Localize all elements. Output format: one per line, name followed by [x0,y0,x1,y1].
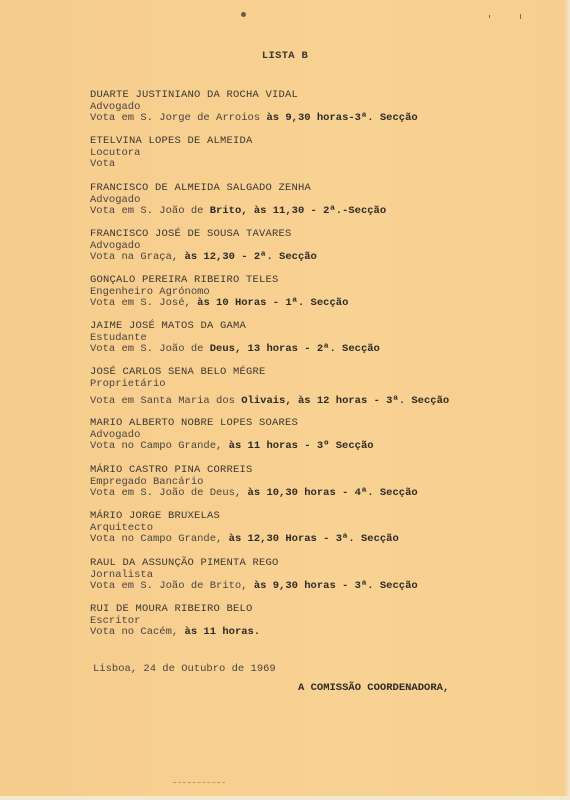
voting-place: Vota em S. João de Brito, [90,580,248,592]
voting-location: Vota na Graça, às 12,30 - 2ª. Secção [90,252,317,264]
candidate-profession: Proprietário [90,379,449,391]
candidate-entry: ETELVINA LOPES DE ALMEIDALocutoraVota [90,136,253,171]
candidate-entry: MARIO ALBERTO NOBRE LOPES SOARESAdvogado… [90,418,374,453]
candidate-entry: RAUL DA ASSUNÇÃO PIMENTA REGOJornalistaV… [90,558,418,593]
voting-time-section: às 10,30 horas - 4ª. Secção [248,487,418,499]
candidate-name: MÁRIO CASTRO PINA CORREIS [90,465,418,477]
voting-location: Vota no Campo Grande, às 11 horas - 3º S… [90,441,374,453]
candidate-name: GONÇALO PEREIRA RIBEIRO TELES [90,275,348,287]
candidate-entry: MÁRIO CASTRO PINA CORREISEmpregado Bancá… [90,465,418,500]
candidate-entry: RUI DE MOURA RIBEIRO BELOEscritorVota no… [90,604,260,639]
voting-place: Vota em Santa Maria dos [90,395,235,407]
voting-place: Vota no Campo Grande, [90,440,222,452]
candidate-name: JOSÉ CARLOS SENA BELO MÉGRE [90,367,449,379]
candidate-name: RUI DE MOURA RIBEIRO BELO [90,604,260,616]
candidate-name: MARIO ALBERTO NOBRE LOPES SOARES [90,418,374,430]
voting-time-section: Deus, 13 horas - 2ª. Secção [210,343,380,355]
voting-place: Vota no Cacém, [90,626,178,638]
candidate-entry: MÁRIO JORGE BRUXELASArquitectoVota no Ca… [90,511,399,546]
voting-time-section: às 10 Horas - 1ª. Secção [197,297,348,309]
ink-spot [241,12,246,17]
voting-location: Vota em S. João de Deus, 13 horas - 2ª. … [90,344,380,356]
candidate-name: RAUL DA ASSUNÇÃO PIMENTA REGO [90,558,418,570]
candidate-entry: DUARTE JUSTINIANO DA ROCHA VIDALAdvogado… [90,90,418,125]
candidate-entry: GONÇALO PEREIRA RIBEIRO TELESEngenheiro … [90,275,348,310]
candidate-entry: FRANCISCO DE ALMEIDA SALGADO ZENHAAdvoga… [90,183,386,218]
place-date: Lisboa, 24 de Outubro de 1969 [93,663,276,675]
voting-location: Vota em S. João de Brito, às 11,30 - 2ª.… [90,206,386,218]
margin-mark [489,15,490,18]
voting-time-section: às 12,30 Horas - 3ª. Secção [229,533,399,545]
voting-place: Vota na Graça, [90,251,178,263]
voting-location: Vota [90,159,253,171]
voting-time-section: às 9,30 horas - 3ª. Secção [254,580,418,592]
voting-time-section: às 12,30 - 2ª. Secção [185,251,317,263]
page-edge [0,796,570,800]
candidate-entry: JAIME JOSÉ MATOS DA GAMAEstudanteVota em… [90,321,380,356]
scanned-page: LISTA B DUARTE JUSTINIANO DA ROCHA VIDAL… [0,0,570,800]
candidate-name: FRANCISCO DE ALMEIDA SALGADO ZENHA [90,183,386,195]
voting-place: Vota em S. José, [90,297,191,309]
fold-mark [173,782,225,784]
voting-place: Vota em S. João de [90,343,203,355]
voting-location: Vota em S. José, às 10 Horas - 1ª. Secçã… [90,298,348,310]
voting-time-section: às 11 horas. [185,626,261,638]
voting-time-section: Brito, às 11,30 - 2ª.-Secção [210,205,386,217]
voting-location: Vota no Cacém, às 11 horas. [90,627,260,639]
candidate-name: ETELVINA LOPES DE ALMEIDA [90,136,253,148]
signature: A COMISSÃO COORDENADORA, [298,682,449,694]
voting-location: Vota em S. João de Deus, às 10,30 horas … [90,488,418,500]
voting-place: Vota em S. João de [90,205,203,217]
voting-location: Vota em S. Jorge de Arroios às 9,30 hora… [90,113,418,125]
candidate-entry: FRANCISCO JOSÉ DE SOUSA TAVARESAdvogadoV… [90,229,317,264]
voting-place: Vota em S. João de Deus, [90,487,241,499]
candidate-name: FRANCISCO JOSÉ DE SOUSA TAVARES [90,229,317,241]
voting-place: Vota [90,158,115,170]
candidate-name: JAIME JOSÉ MATOS DA GAMA [90,321,380,333]
voting-time-section: às 11 horas - 3º Secção [229,440,374,452]
voting-place: Vota em S. Jorge de Arroios [90,112,260,124]
voting-time-section: Olivais, às 12 horas - 3ª. Secção [241,395,449,407]
margin-mark [520,14,521,19]
candidate-name: DUARTE JUSTINIANO DA ROCHA VIDAL [90,90,418,102]
voting-place: Vota no Campo Grande, [90,533,222,545]
voting-time-section: às 9,30 horas-3ª. Secção [266,112,417,124]
voting-location: Vota em Santa Maria dos Olivais, às 12 h… [90,396,449,408]
voting-location: Vota no Campo Grande, às 12,30 Horas - 3… [90,534,399,546]
candidate-name: MÁRIO JORGE BRUXELAS [90,511,399,523]
document-title: LISTA B [0,50,570,62]
voting-location: Vota em S. João de Brito, às 9,30 horas … [90,581,418,593]
candidate-entry: JOSÉ CARLOS SENA BELO MÉGREProprietárioV… [90,367,449,408]
